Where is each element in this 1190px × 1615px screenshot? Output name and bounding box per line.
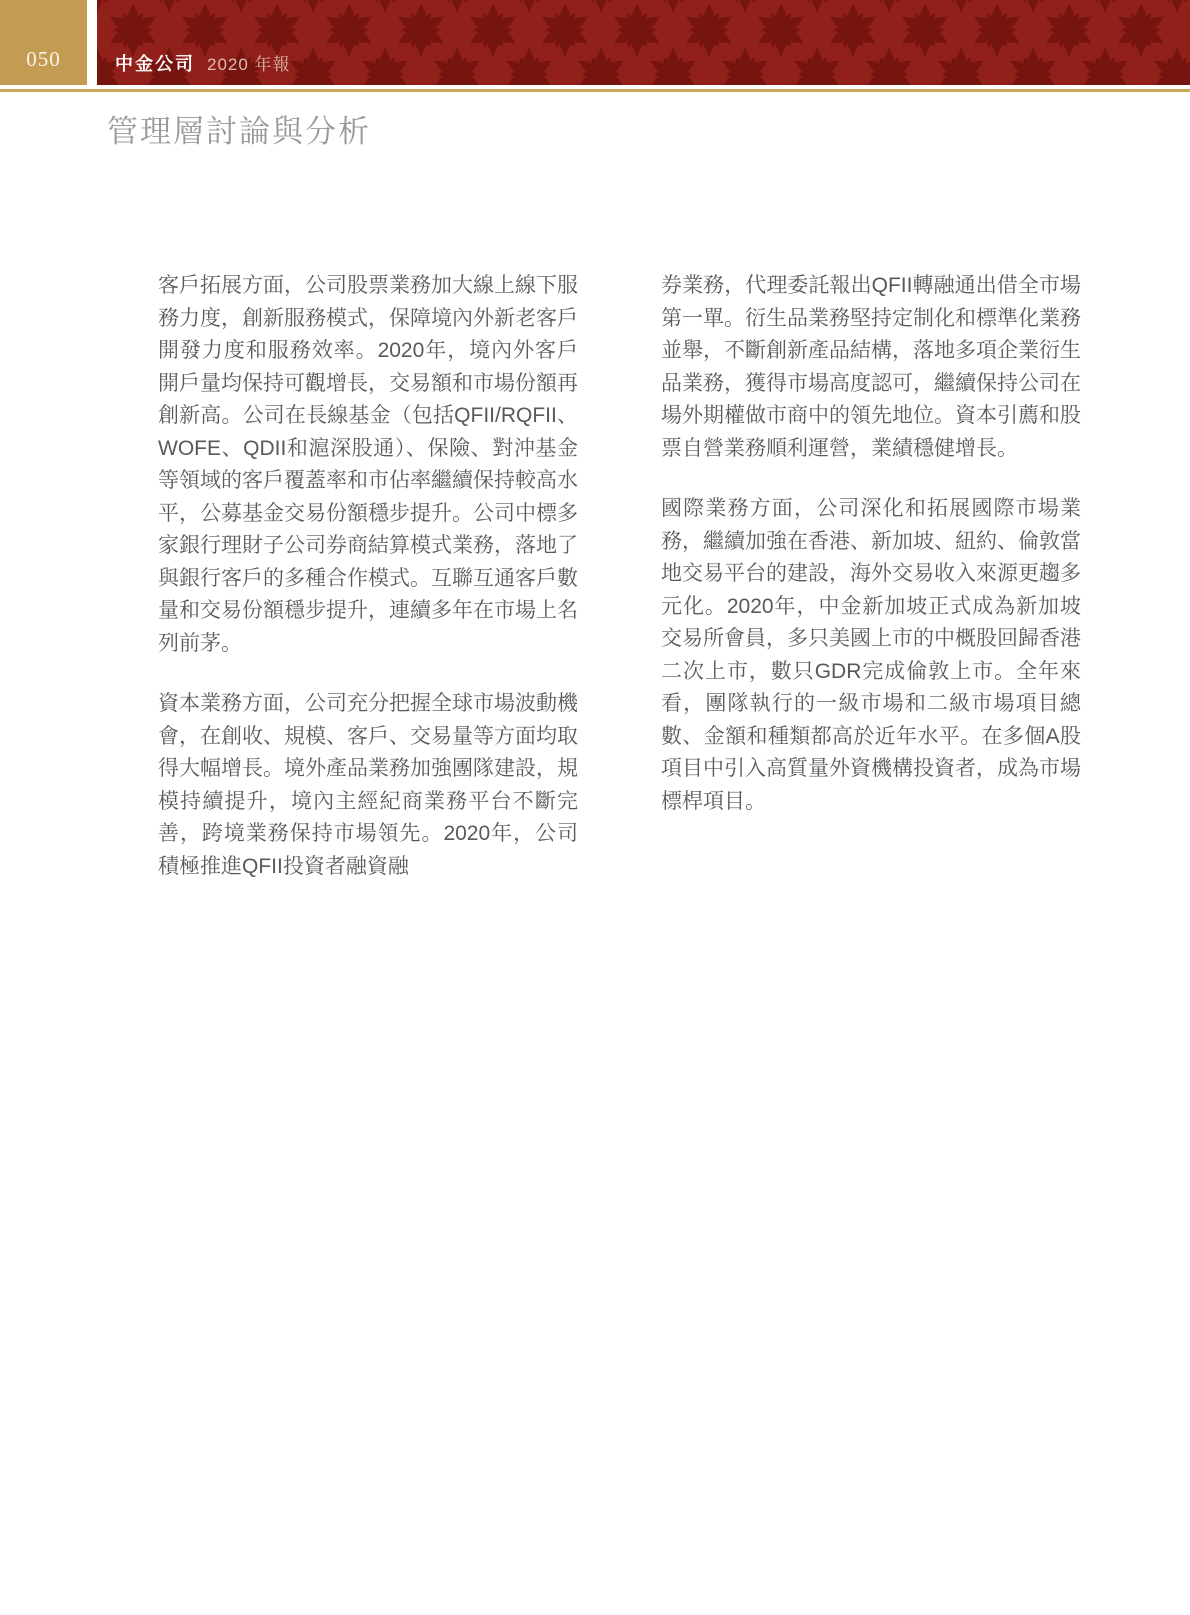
gold-divider-rule: [0, 89, 1190, 92]
page-number-block: 050: [0, 0, 87, 85]
header-banner: 中金公司2020 年報: [97, 0, 1190, 85]
content-columns: 客戶拓展方面，公司股票業務加大線上線下服務力度，創新服務模式，保障境內外新老客戶…: [158, 270, 1081, 911]
report-edition: 2020 年報: [207, 55, 291, 74]
paragraph-international-business: 國際業務方面，公司深化和拓展國際市場業務，繼續加強在香港、新加坡、紐約、倫敦當地…: [661, 493, 1081, 818]
paragraph-capital-business: 資本業務方面，公司充分把握全球市場波動機會，在創收、規模、客戶、交易量等方面均取…: [158, 688, 578, 883]
annual-report-page: 050: [0, 0, 1190, 1615]
paragraph-client-expansion: 客戶拓展方面，公司股票業務加大線上線下服務力度，創新服務模式，保障境內外新老客戶…: [158, 270, 578, 660]
banner-text: 中金公司2020 年報: [115, 50, 291, 76]
right-column: 券業務，代理委託報出QFII轉融通出借全市場第一單。衍生品業務堅持定制化和標準化…: [661, 270, 1081, 911]
company-name: 中金公司: [115, 54, 195, 74]
page-number: 050: [26, 47, 61, 72]
paragraph-capital-business-continued: 券業務，代理委託報出QFII轉融通出借全市場第一單。衍生品業務堅持定制化和標準化…: [661, 270, 1081, 465]
left-column: 客戶拓展方面，公司股票業務加大線上線下服務力度，創新服務模式，保障境內外新老客戶…: [158, 270, 578, 911]
page-title: 管理層討論與分析: [107, 106, 371, 151]
